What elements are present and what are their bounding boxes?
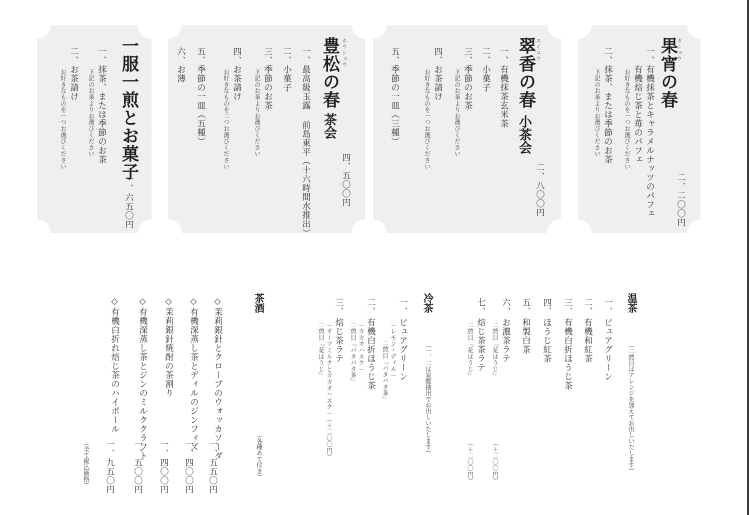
cocktail-name: ◇有機深蒸し茶とジンのミルククラフト (138, 297, 147, 461)
item-note: 下記のお茶よりお選びください (593, 69, 599, 157)
item-sub: －オーツミルクとカカオハスク－ (325, 322, 331, 417)
item-number: 一、 (398, 298, 407, 316)
cocktail-name: ◇茉莉銀針焼酎の茶割り (164, 297, 173, 398)
set-subtitle: 小茶会 (517, 115, 530, 154)
item-number: 三、 (463, 47, 472, 65)
item-note: 下記のお茶よりお選びください (87, 69, 93, 157)
item-name: 抹茶、または季節のお茶 (97, 65, 106, 164)
set-card-hosho: ホウショウ 豊松の春 茶会 四、五〇〇円 一、 最高級玉露 前島東平（十六時間水… (168, 25, 365, 233)
section-title: 茶酒 (252, 293, 262, 313)
item-extra: （＋二〇〇円） (466, 440, 472, 484)
set-card-kasho: カショウ 果宵の春 一、 有機抹茶とキャラメルナッツのパフェ 有機焙じ茶と苺のパ… (578, 25, 701, 233)
section-note: （一、二は炭酸抽出でお出しいたします） (424, 342, 430, 456)
item-number: 一、 (645, 47, 654, 65)
item-number: 五、 (390, 47, 399, 65)
set-price: 一、六五〇円 (124, 175, 133, 229)
item-extra: （＋二〇〇円） (325, 416, 331, 460)
item-sub: 二煎目『花ほうじ』 (491, 322, 497, 379)
item-number: 一、 (301, 47, 310, 65)
set-title: 果宵の春 (658, 37, 675, 109)
item-name: 有機白折ほうじ茶 (563, 318, 572, 390)
section-note: （各種あて付き） (255, 432, 261, 480)
item-number: 三、 (263, 47, 272, 65)
cocktail-price: 一、五五〇円 (208, 440, 217, 494)
section-title: 温茶 (625, 293, 635, 313)
set-price: 二、八〇〇円 (535, 163, 544, 217)
cocktail-name: ◇有機白折れ焙じ茶のハイボール (110, 297, 119, 434)
cocktail-name: ◇有機深蒸し茶とディルのジンフィズ (189, 297, 198, 452)
cocktail-name: ◇茉莉銀針とクローブのウォッカソーダ (213, 297, 222, 461)
item-number: 三、 (334, 298, 343, 316)
cocktail-price: 一、四〇〇円 (159, 440, 168, 494)
item-number: 二、 (282, 47, 291, 65)
section-note: （二煎目はアレンジを加えてお出しいたします） (627, 342, 633, 474)
set-ruby: スイコウ (535, 38, 540, 62)
item-sub: －カカオハスク－ (357, 322, 363, 372)
item-name: お茶請け (433, 65, 442, 101)
item-note: 下記のお茶よりお選びください (453, 69, 459, 157)
item-number: 二、 (366, 298, 375, 316)
set-price: 二、二〇〇円 (676, 173, 685, 227)
item-sub: 二煎目『花ほうじ』 (466, 322, 472, 379)
set-title: 翠香の春 (516, 37, 533, 109)
item-number: 五、 (521, 298, 530, 316)
item-name: 小菓子 (481, 65, 490, 92)
item-number: 四、 (542, 298, 551, 316)
item-number: 二、 (481, 47, 490, 65)
item-name: 焙じ茶ラテ (334, 318, 343, 363)
item-name: お茶請け (232, 65, 241, 101)
item-name: 和製白茶 (521, 318, 530, 354)
item-number: 七、 (476, 298, 485, 316)
item-sub2: 二煎目『バタバタ茶』 (349, 322, 355, 385)
tax-footnote: （全て税込価格） (82, 440, 88, 488)
item-number: 三、 (563, 298, 572, 316)
item-name: 有機和紅茶 (583, 318, 592, 363)
item-name: お薄 (176, 65, 185, 83)
set-card-ippuku: 一服一煎とお菓子 一、六五〇円 一、 抹茶、または季節のお茶 下記のお茶よりお選… (37, 25, 152, 233)
set-ruby: ホウショウ (341, 38, 346, 68)
item-number: 一、 (603, 298, 612, 316)
item-name: お濃茶ラテ (501, 318, 510, 363)
item-name: ピュアグリーン (603, 318, 612, 381)
item-number: 二、 (603, 47, 612, 65)
item-name: 季節のお茶 (263, 65, 272, 110)
item-number: 二、 (583, 298, 592, 316)
item-number: 二、 (69, 47, 78, 65)
item-name: 有機白折ほうじ茶 (366, 318, 375, 390)
item-number: 六、 (176, 47, 185, 65)
item-name: ピュアグリーン (398, 318, 407, 381)
item-name: 小菓子 (282, 65, 291, 92)
item-number: 六、 (501, 298, 510, 316)
set-title: 豊松の春 (320, 37, 337, 109)
item-name: 季節のお茶 (463, 65, 472, 110)
item-number: 五、 (196, 47, 205, 65)
set-price: 四、五〇〇円 (341, 153, 350, 207)
item-name: ほうじ紅茶 (542, 318, 551, 363)
item-name: 抹茶、または季節のお茶 (603, 65, 612, 164)
section-title: 冷茶 (421, 293, 431, 313)
item-number: 一、 (499, 47, 508, 65)
item-note: お好きなものを二つお選びください (222, 69, 228, 170)
set-title: 一服一煎とお菓子 (119, 37, 136, 181)
item-number: 四、 (232, 47, 241, 65)
item-sub: －レモン・ディル－ (389, 322, 395, 379)
item-note: お好きなものを一つお選びください (59, 69, 65, 170)
cocktail-price: 一、四〇〇円 (184, 440, 193, 494)
item-name: 焙じ茶茶ラテ (476, 318, 485, 372)
set-subtitle: 茶会 (322, 113, 335, 139)
item-name-alt: 有機焙じ茶と苺のパフェ (633, 65, 642, 164)
item-sub2: 二煎目『花ほうじ』 (317, 322, 323, 379)
item-name: 最高級玉露 前島東平（十六時間水推出） (301, 65, 310, 238)
item-note: お好きなものを一つお選びください (623, 69, 629, 170)
item-name: 季節の一皿（三種） (390, 65, 399, 146)
cocktail-price: 一、五〇〇円 (133, 440, 142, 494)
item-number: 四、 (433, 47, 442, 65)
item-number: 一、 (97, 47, 106, 65)
page-edge-line (747, 0, 749, 515)
cocktail-price: 一、九五〇円 (105, 440, 114, 494)
set-card-suiko: スイコウ 翠香の春 小茶会 二、八〇〇円 一、 有機抹茶玄米茶 二、 小菓子 三… (373, 25, 561, 233)
item-note: 下記のお茶よりお選びください (253, 69, 259, 157)
item-name: 有機抹茶とキャラメルナッツのパフェ (645, 65, 654, 218)
item-name: お茶請け (69, 65, 78, 101)
item-note: お好きなものを一つお選びください (423, 69, 429, 170)
item-name: 有機抹茶玄米茶 (499, 65, 508, 128)
item-name: 季節の一皿（五種） (196, 65, 205, 146)
item-sub2: 二煎目『バタバタ茶』 (381, 340, 387, 403)
item-extra: （＋二〇〇円） (491, 440, 497, 484)
